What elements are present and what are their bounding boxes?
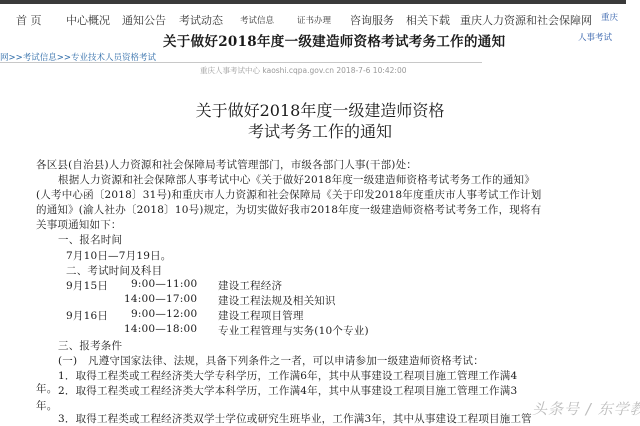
schedule-time: 9:00—12:00 — [131, 308, 197, 320]
schedule-time: 14:00—18:00 — [124, 323, 197, 335]
side-logo-line2[interactable]: 人事考试 — [578, 31, 612, 43]
watermark: 头条号 / 东学教育 — [532, 398, 640, 419]
section3-title: 三、报考条件 — [58, 338, 122, 353]
top-dark-bar — [0, 0, 626, 4]
schedule-time: 9:00—11:00 — [131, 278, 197, 290]
article-heading-line2: 考试考务工作的通知 — [0, 119, 640, 142]
side-logo-line1[interactable]: 重庆 — [601, 11, 618, 23]
breadcrumb-divider — [0, 62, 482, 63]
nav-item-home[interactable]: 首 页 — [16, 12, 42, 28]
salutation: 各区县(自治县)人力资源和社会保障局考试管理部门，市级各部门人事(干部)处： — [36, 157, 417, 172]
nav-item-downloads[interactable]: 相关下载 — [406, 12, 450, 28]
schedule-subject: 专业工程管理与实务(10个专业) — [218, 323, 369, 338]
schedule-date: 9月15日 — [66, 278, 108, 293]
main-nav: 首 页 中心概况 通知公告 考试动态 考试信息 证书办理 咨询服务 相关下载 重… — [0, 5, 640, 27]
schedule-subject: 建设工程法规及相关知识 — [218, 293, 336, 308]
page-title: 关于做好2018年度一级建造师资格考试考务工作的通知 — [163, 30, 505, 50]
condition-3-line1: 3．取得工程类或工程经济类双学士学位或研究生班毕业，工作满3年，其中从事建设工程… — [58, 411, 532, 426]
section1-body: 7月10日—7月19日。 — [66, 248, 171, 263]
nav-item-exam-news[interactable]: 考试动态 — [179, 12, 223, 28]
intro-line-3: 的通知》(渝人社办〔2018〕10号)规定，为切实做好我市2018年度一级建造师… — [36, 202, 541, 217]
section3-sub: (一) 凡遵守国家法律、法规，具备下列条件之一者，可以申请参加一级建造师资格考试… — [58, 353, 484, 368]
schedule-subject: 建设工程项目管理 — [218, 308, 304, 323]
article-meta: 重庆人事考试中心 kaoshi.cqpa.gov.cn 2018-7-6 10:… — [200, 65, 407, 76]
nav-item-announcements[interactable]: 通知公告 — [122, 12, 166, 28]
intro-line-2: (人考中心函〔2018〕31号)和重庆市人力资源和社会保障局《关于印发2018年… — [36, 187, 541, 202]
intro-line-4: 关事项通知如下： — [36, 217, 122, 232]
condition-2-line1: 2．取得工程类或工程经济类大学本科学历，工作满4年，其中从事建设工程项目施工管理… — [58, 383, 517, 398]
nav-item-consulting[interactable]: 咨询服务 — [350, 12, 394, 28]
nav-item-center-overview[interactable]: 中心概况 — [66, 12, 110, 28]
nav-item-certificate[interactable]: 证书办理 — [297, 14, 331, 26]
section1-title: 一、报名时间 — [58, 232, 122, 247]
schedule-date: 9月16日 — [66, 308, 108, 323]
condition-1-line1: 1．取得工程类或工程经济类大学专科学历，工作满6年，其中从事建设工程项目施工管理… — [58, 368, 517, 383]
nav-item-hrss-link[interactable]: 重庆人力资源和社会保障网 — [460, 12, 592, 28]
article-heading-line1: 关于做好2018年度一级建造师资格 — [0, 98, 640, 121]
schedule-time: 14:00—17:00 — [124, 293, 197, 305]
intro-line-1: 根据人力资源和社会保障部人事考试中心《关于做好2018年度一级建造师资格考试考务… — [58, 172, 535, 187]
condition-1-line2: 年。 — [36, 381, 57, 396]
condition-2-line2: 年。 — [36, 398, 57, 413]
schedule-subject: 建设工程经济 — [218, 278, 282, 293]
nav-item-exam-info[interactable]: 考试信息 — [240, 14, 274, 26]
section2-title: 二、考试时间及科目 — [66, 263, 162, 278]
